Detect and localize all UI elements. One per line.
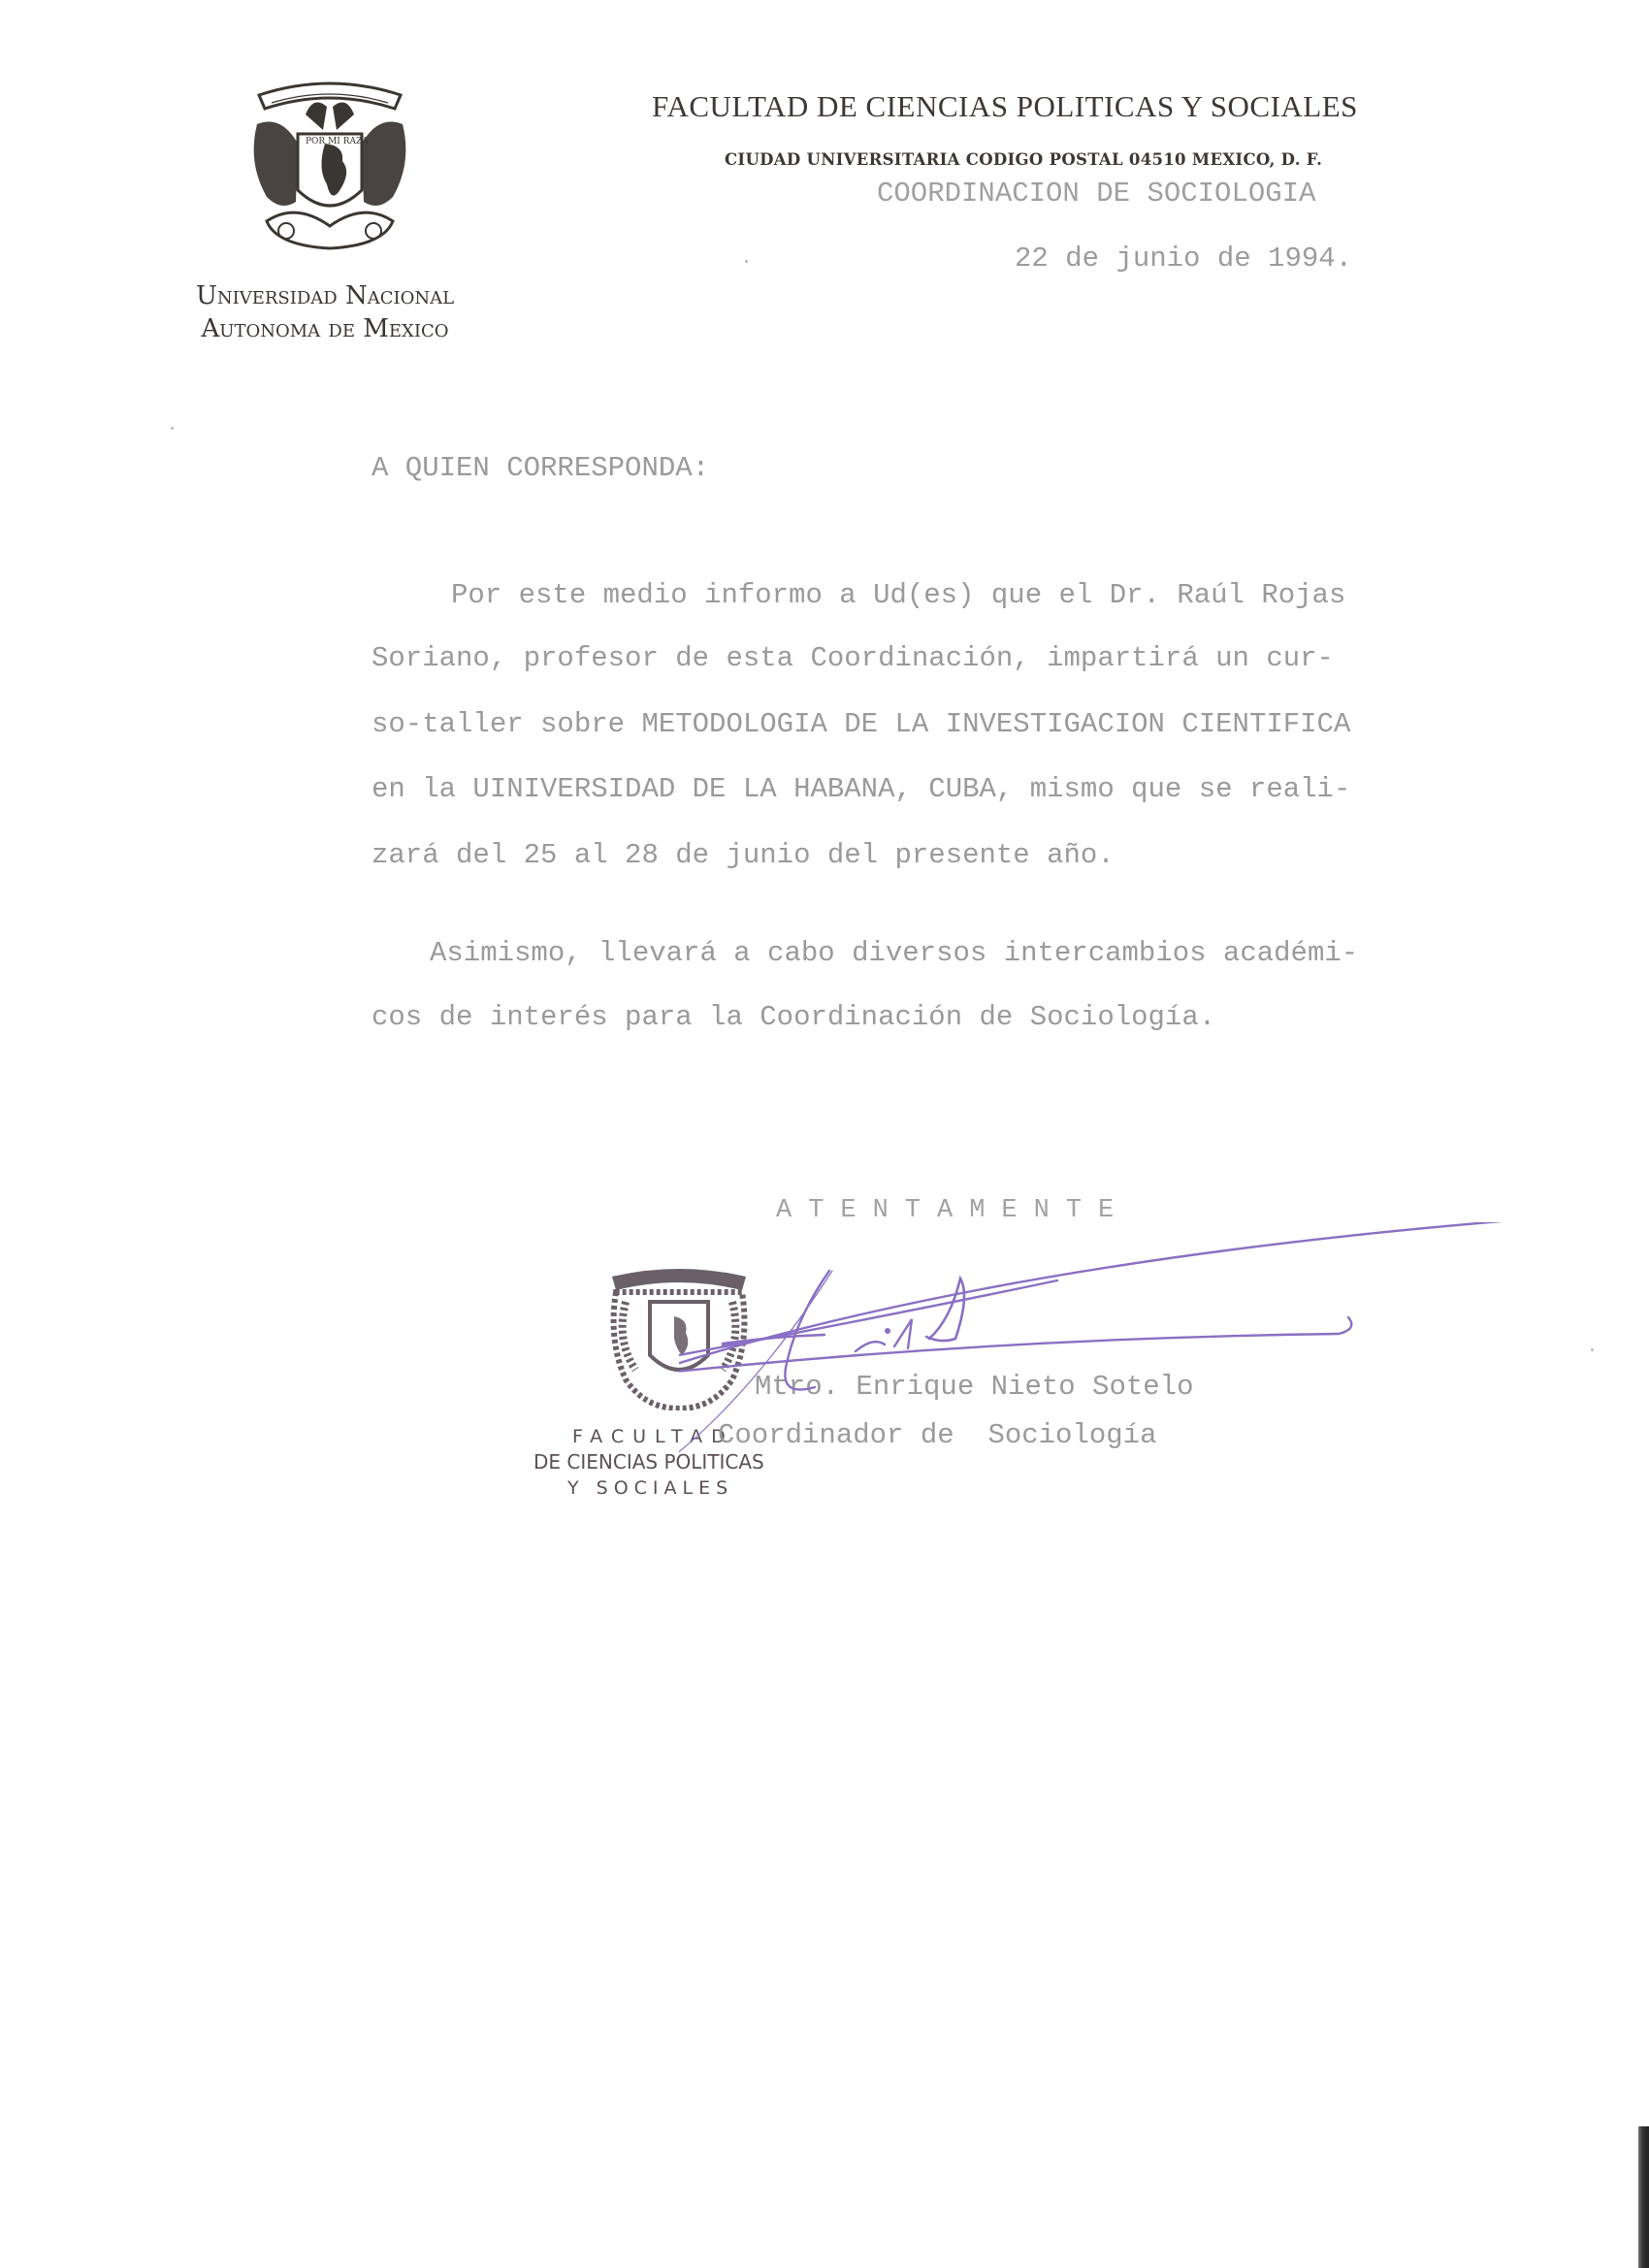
university-name-line2: Autonoma de Mexico (175, 314, 475, 343)
faculty-address: CIUDAD UNIVERSITARIA CODIGO POSTAL 04510… (725, 150, 1322, 169)
scan-edge-artifact (1638, 2126, 1649, 2268)
unam-crest-icon: POR MI RAZA (238, 76, 422, 270)
body-line: Soriano, profesor de esta Coordinación, … (372, 642, 1334, 674)
faculty-title: FACULTAD DE CIENCIAS POLITICAS Y SOCIALE… (652, 89, 1358, 124)
scan-speck (171, 427, 174, 430)
body-line: Por este medio informo a Ud(es) que el D… (451, 579, 1345, 611)
body-line: Asimismo, llevará a cabo diversos interc… (430, 937, 1358, 969)
salutation: A QUIEN CORRESPONDA: (372, 452, 709, 484)
scan-speck (1591, 1348, 1594, 1351)
department-name: COORDINACION DE SOCIOLOGIA (877, 178, 1315, 210)
body-line: en la UINIVERSIDAD DE LA HABANA, CUBA, m… (372, 773, 1350, 805)
university-name-line1: Universidad Nacional (175, 281, 475, 310)
body-line: cos de interés para la Coordinación de S… (372, 1001, 1215, 1033)
scan-speck (745, 260, 748, 263)
body-line: zará del 25 al 28 de junio del presente … (372, 839, 1115, 871)
handwritten-signature-icon (679, 1222, 1571, 1513)
svg-text:POR MI RAZA: POR MI RAZA (306, 137, 369, 146)
closing: ATENTAMENTE (776, 1196, 1130, 1225)
letter-date: 22 de junio de 1994. (1015, 243, 1352, 275)
body-line: so-taller sobre METODOLOGIA DE LA INVEST… (372, 708, 1350, 740)
